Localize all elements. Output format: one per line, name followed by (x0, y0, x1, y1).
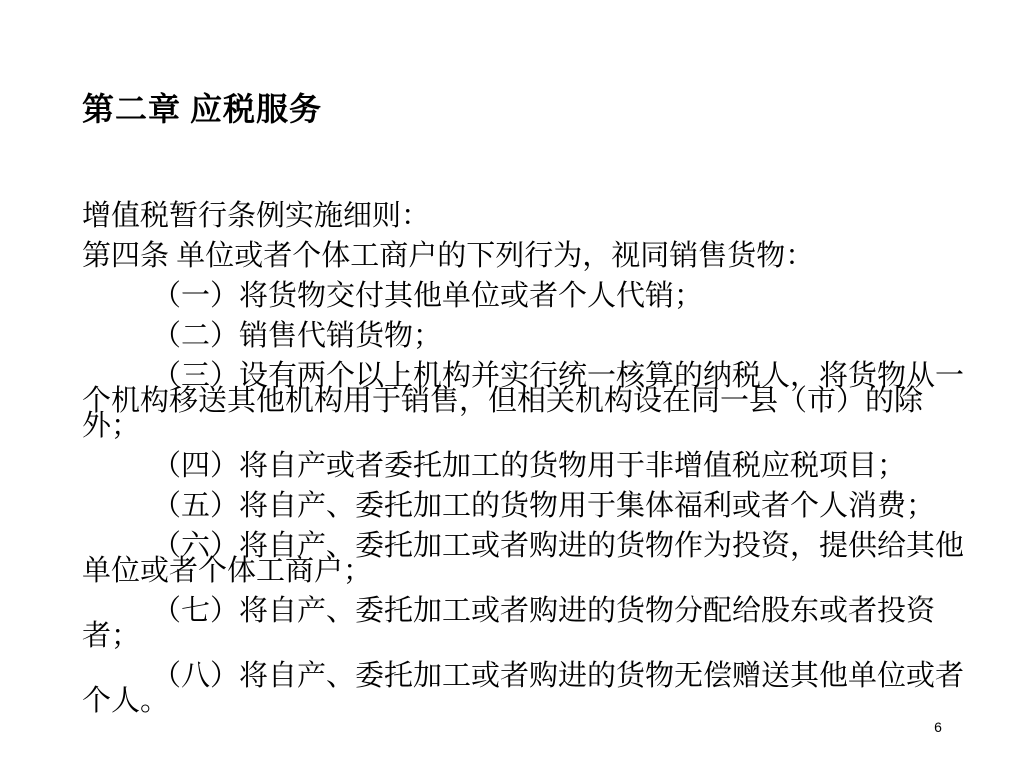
page-number: 6 (928, 719, 948, 735)
body-paragraph-item-5: （五）将自产、委托加工的货物用于集体福利或者个人消费； (82, 494, 978, 519)
body-paragraph-item-8: （八）将自产、委托加工或者购进的货物无偿赠送其他单位或者个人。 (82, 664, 978, 714)
body-paragraph-item-2: （二）销售代销货物； (82, 324, 978, 349)
body-paragraph-item-1: （一）将货物交付其他单位或者个人代销； (82, 284, 978, 309)
slide-body: 增值税暂行条例实施细则： 第四条 单位或者个体工商户的下列行为，视同销售货物： … (82, 204, 978, 729)
body-paragraph-item-4: （四）将自产或者委托加工的货物用于非增值税应税项目； (82, 454, 978, 479)
body-paragraph-article4: 第四条 单位或者个体工商户的下列行为，视同销售货物： (82, 244, 978, 269)
slide-canvas: 第二章 应税服务 增值税暂行条例实施细则： 第四条 单位或者个体工商户的下列行为… (0, 0, 1024, 768)
body-paragraph-item-6: （六）将自产、委托加工或者购进的货物作为投资，提供给其他单位或者个体工商户； (82, 534, 978, 584)
slide-title: 第二章 应税服务 (82, 92, 322, 127)
body-paragraph-item-3: （三）设有两个以上机构并实行统一核算的纳税人，将货物从一个机构移送其他机构用于销… (82, 364, 978, 439)
body-paragraph-item-7: （七）将自产、委托加工或者购进的货物分配给股东或者投资者； (82, 599, 978, 649)
body-paragraph-intro: 增值税暂行条例实施细则： (82, 204, 978, 229)
